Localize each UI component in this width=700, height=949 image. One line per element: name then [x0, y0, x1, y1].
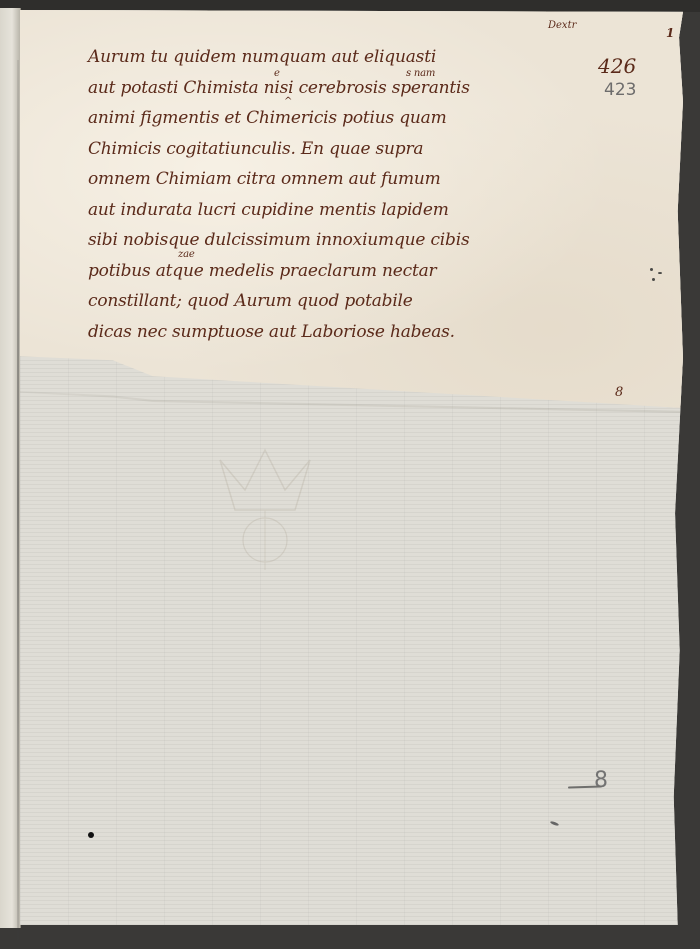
text-line-2-main: aut potasti Chimista nisi cerebrosis — [88, 78, 387, 98]
text-line-10: dicas nec sumptuose aut Laboriose habeas… — [88, 317, 508, 348]
interlinear-snam: s nam — [406, 69, 435, 79]
folio-number-ink: 426 — [598, 54, 636, 78]
manuscript-page: Dextr 1 426 423 Aurum tu quidem numquam … — [20, 10, 683, 925]
text-line-3-main: animi figmentis et Chimericis potius qua… — [88, 108, 447, 128]
text-line-5: omnem Chimiam citra omnem aut fumum — [88, 164, 508, 195]
interlinear-zae: zae — [178, 250, 195, 260]
scan-backdrop — [0, 0, 700, 12]
ink-dot — [88, 832, 94, 838]
binding-gutter — [17, 60, 19, 940]
corner-note: Dextr — [548, 20, 576, 31]
folio-number-pencil: 423 — [604, 80, 636, 100]
interlinear-caret: ^ — [284, 97, 292, 107]
text-line-8: potibus atque medelis praeclarum nectar … — [88, 256, 508, 287]
text-line-2: aut potasti Chimista nisi cerebrosis spe… — [88, 73, 508, 104]
text-line-2-tail: sperantis — [392, 78, 470, 98]
text-line-1: Aurum tu quidem numquam aut eliquasti — [88, 42, 508, 73]
fold-mark: 8 — [615, 385, 623, 400]
manuscript-text: Aurum tu quidem numquam aut eliquasti au… — [88, 42, 508, 347]
text-line-8-main: potibus atque medelis praeclarum nectar — [88, 261, 436, 281]
text-line-7: sibi nobisque dulcissimum innoxiumque ci… — [88, 225, 508, 256]
pencil-number: 8 — [594, 768, 608, 793]
text-line-3: animi figmentis et Chimericis potius qua… — [88, 103, 508, 134]
interlinear-e: e — [274, 69, 280, 79]
watermark-icon — [210, 430, 320, 580]
text-line-4: Chimicis cogitatiunculis. En quae supra — [88, 134, 508, 165]
text-line-9: constillant; quod Aurum quod potabile — [88, 286, 508, 317]
text-line-6: aut indurata lucri cupidine mentis lapid… — [88, 195, 508, 226]
page-mark: 1 — [666, 26, 674, 40]
